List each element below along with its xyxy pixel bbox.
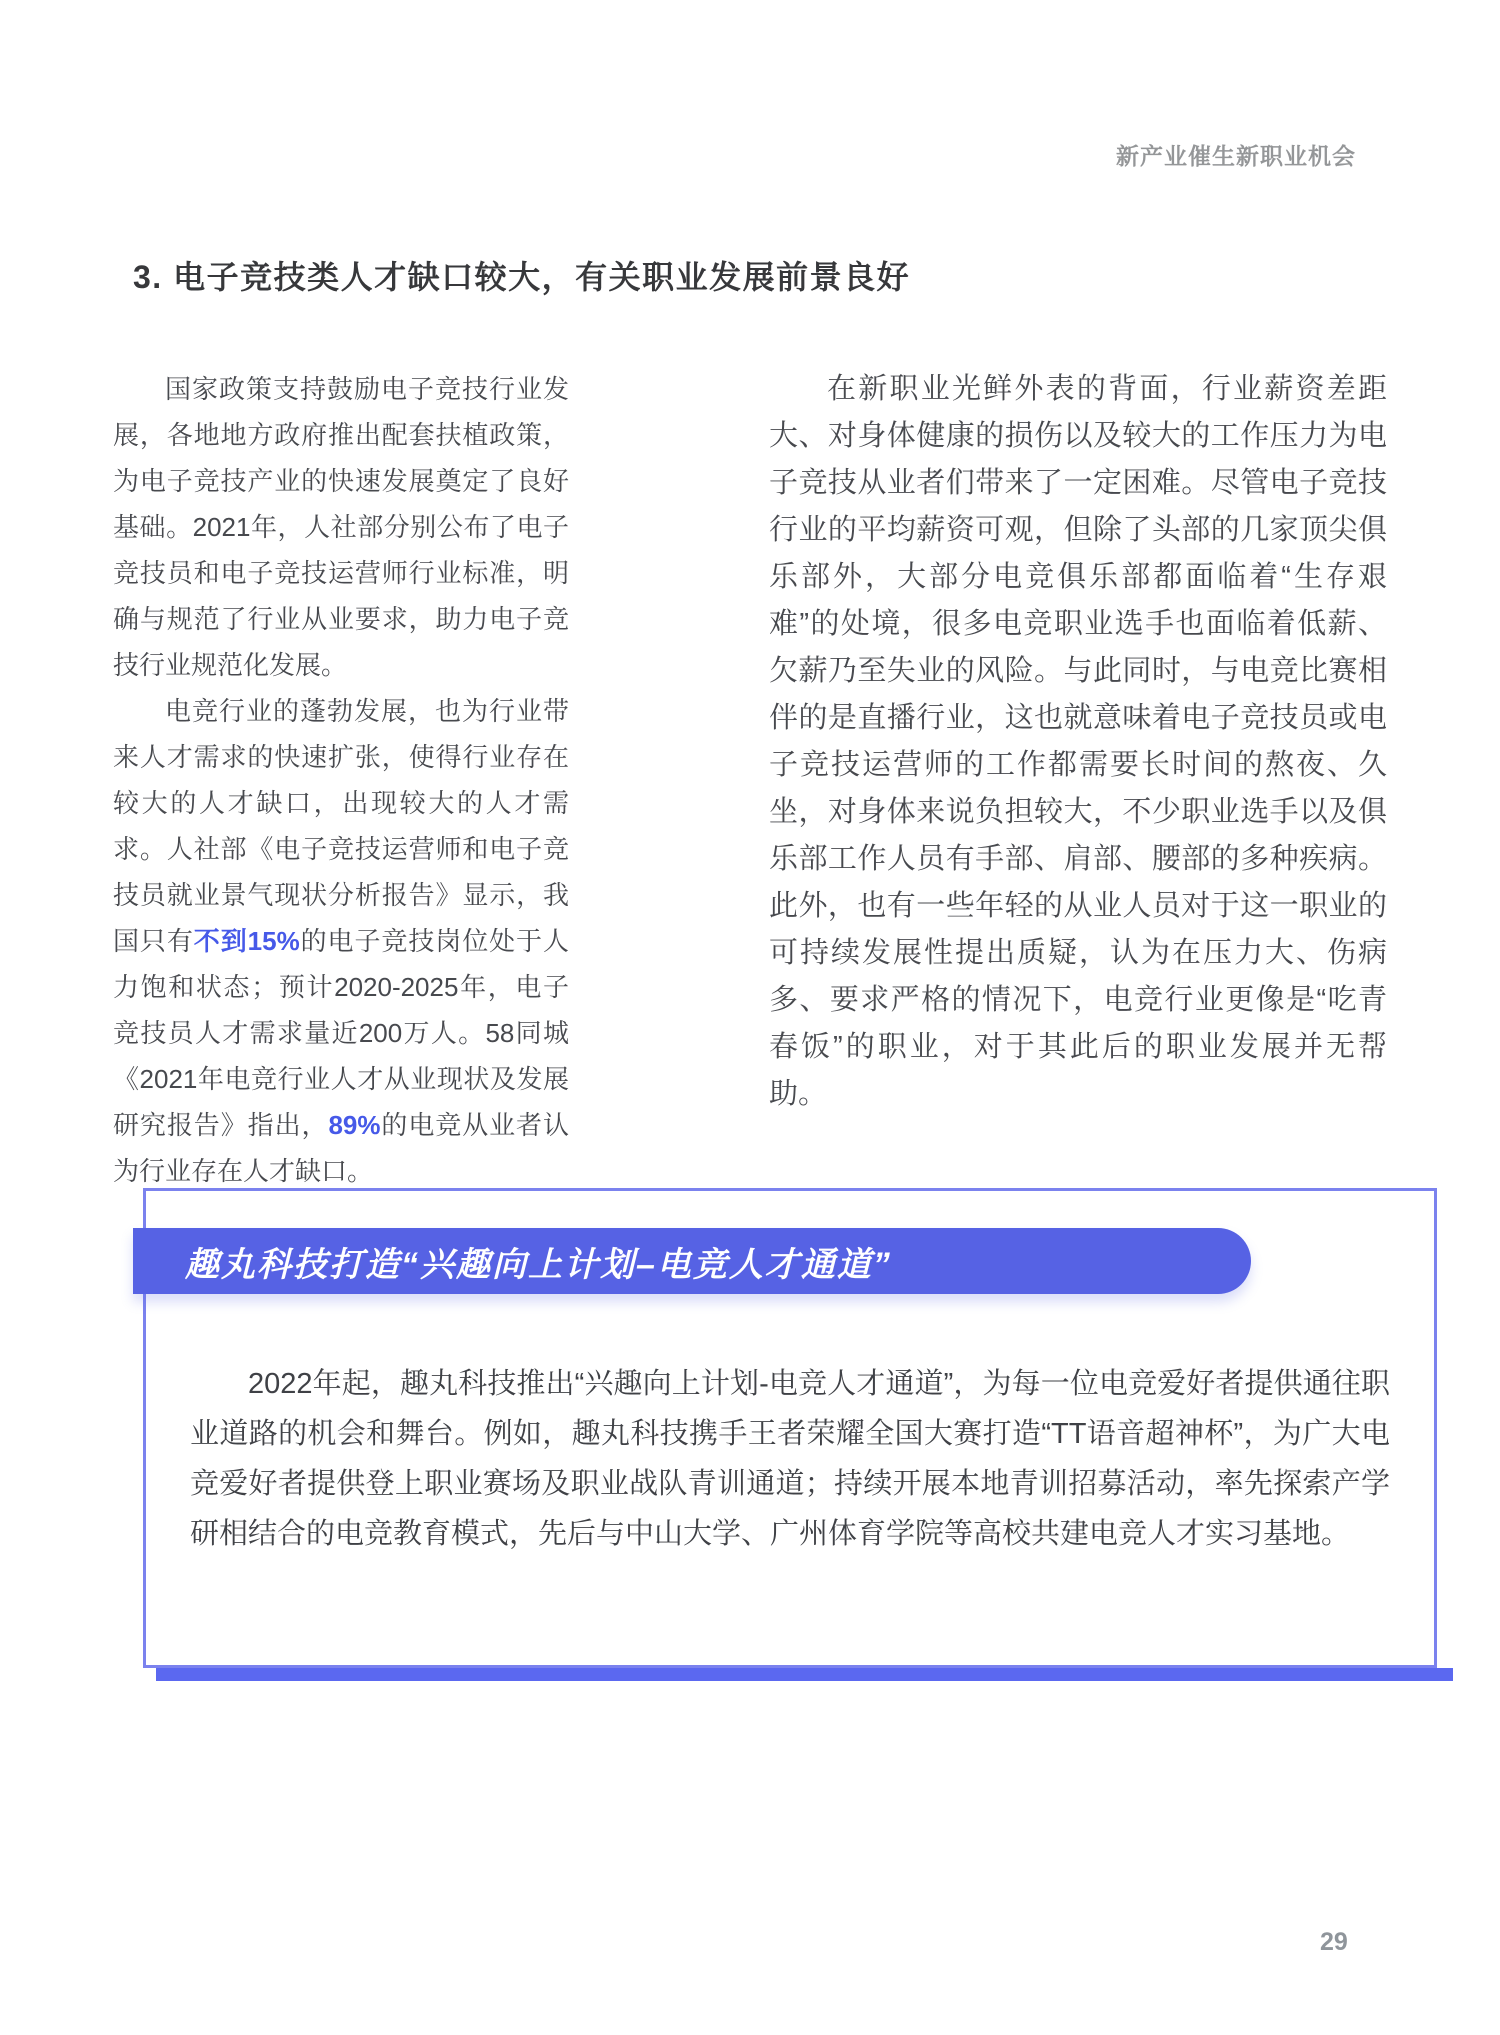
running-header: 新产业催生新职业机会 (1116, 138, 1356, 171)
paragraph-industry-challenges: 在新职业光鲜外表的背面，行业薪资差距大、对身体健康的损伤以及较大的工作压力为电子… (769, 366, 1387, 1118)
highlight-89-percent: 89% (328, 1110, 380, 1140)
case-study-banner: 趣丸科技打造“兴趣向上计划–电竞人才通道” (133, 1228, 1251, 1294)
text-run: 的电子竞技岗位处于人力饱和状态；预计2020-2025年，电子竞技员人才需求量近… (113, 926, 569, 1140)
section-heading: 3. 电子竞技类人才缺口较大，有关职业发展前景良好 (133, 252, 910, 298)
paragraph-talent-gap: 电竞行业的蓬勃发展，也为行业带来人才需求的快速扩张，使得行业存在较大的人才缺口，… (113, 688, 569, 1194)
highlight-under-15-percent: 不到15% (194, 926, 300, 956)
text-run: 电竞行业的蓬勃发展，也为行业带来人才需求的快速扩张，使得行业存在较大的人才缺口，… (113, 696, 569, 956)
box-accent-bar (156, 1668, 1453, 1681)
report-page: 新产业催生新职业机会 3. 电子竞技类人才缺口较大，有关职业发展前景良好 国家政… (0, 0, 1500, 2035)
right-column: 在新职业光鲜外表的背面，行业薪资差距大、对身体健康的损伤以及较大的工作压力为电子… (769, 366, 1387, 1194)
page-number: 29 (1320, 1928, 1348, 1957)
left-column: 国家政策支持鼓励电子竞技行业发展，各地地方政府推出配套扶植政策，为电子竞技产业的… (113, 366, 569, 1194)
two-column-body: 国家政策支持鼓励电子竞技行业发展，各地地方政府推出配套扶植政策，为电子竞技产业的… (113, 366, 1387, 1194)
case-study-box: 趣丸科技打造“兴趣向上计划–电竞人才通道” 2022年起，趣丸科技推出“兴趣向上… (143, 1188, 1437, 1668)
case-study-banner-title: 趣丸科技打造“兴趣向上计划–电竞人才通道” (185, 1237, 892, 1286)
paragraph-policy: 国家政策支持鼓励电子竞技行业发展，各地地方政府推出配套扶植政策，为电子竞技产业的… (113, 366, 569, 688)
